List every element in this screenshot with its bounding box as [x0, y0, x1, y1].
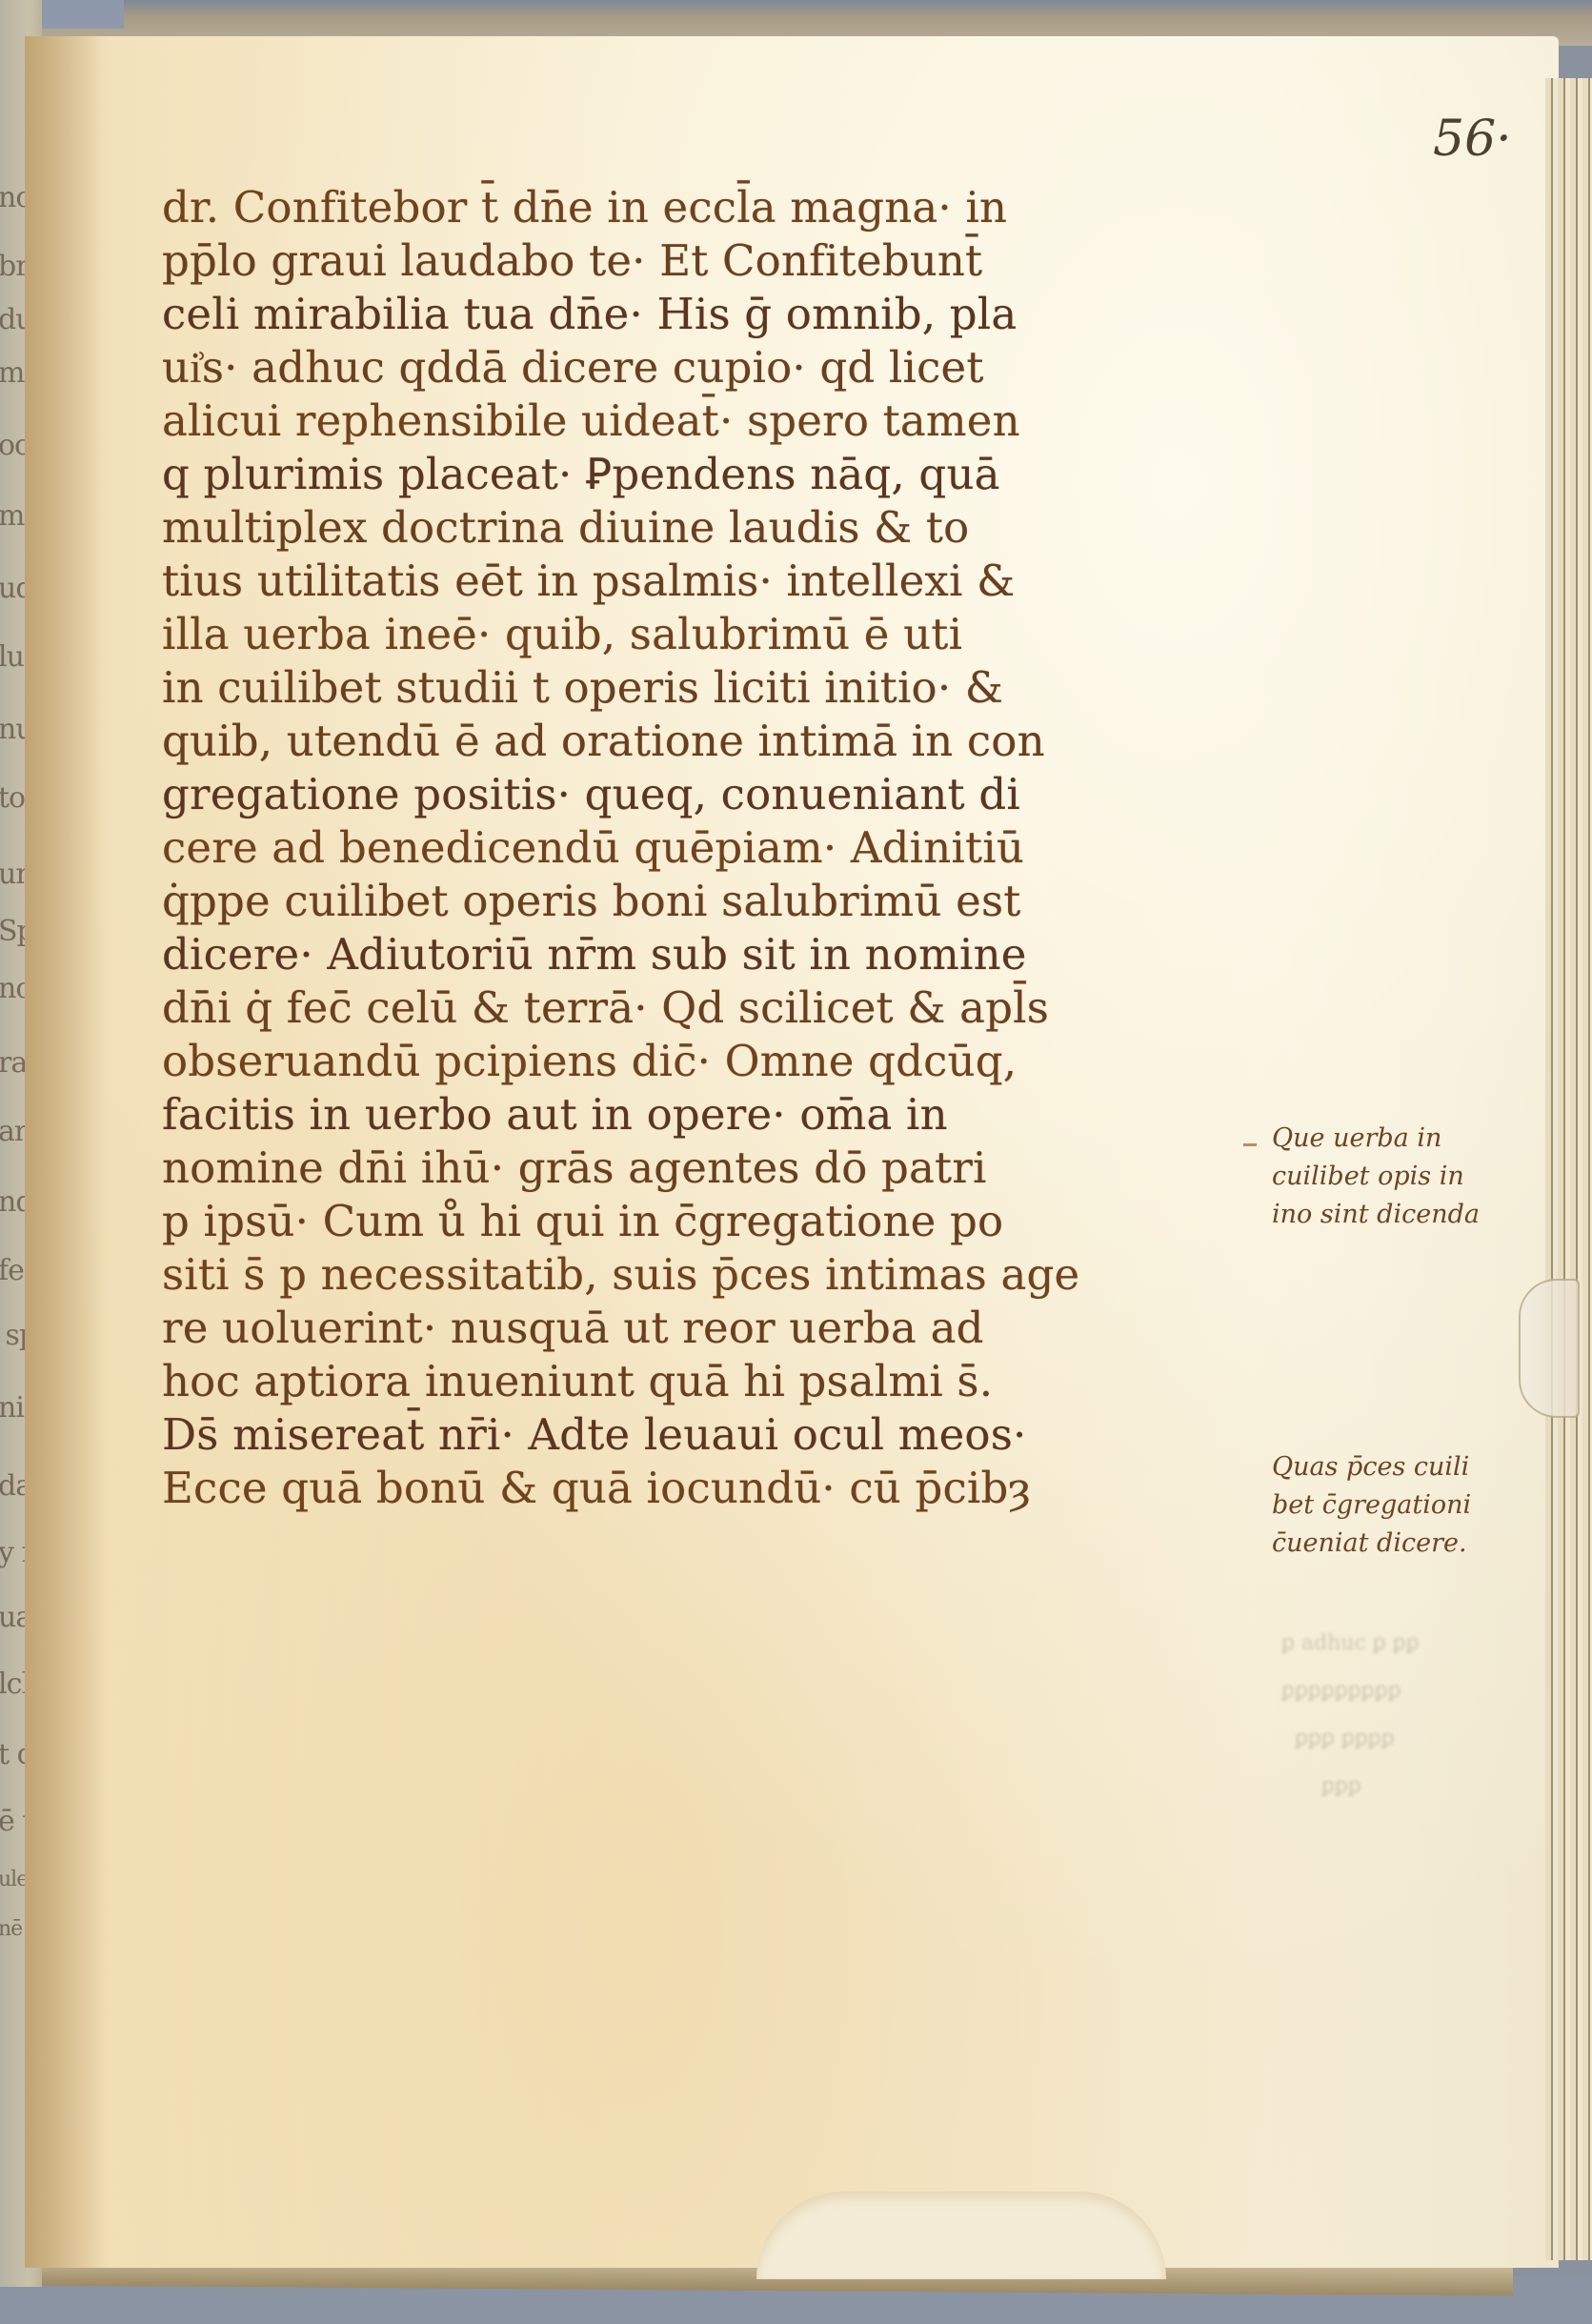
manuscript-scan: ncq bru du mo ocu mo. udo luq nu to d un… — [0, 0, 1592, 2324]
text-line: Ds̄ misereat̄ nr̄i· Adte leuaui ocul meo… — [162, 1408, 1239, 1462]
text-line: alicui rephensibile uideat̄· spero tamen — [162, 394, 1239, 448]
text-line: celi mirabilia tua dn̄e· His ḡ omnib, pl… — [162, 288, 1239, 341]
gutter-shadow — [25, 36, 111, 2268]
margin-note-line: Que uerba in — [1272, 1120, 1558, 1158]
text-line: p ipsū· Cum ů hi qui in c̄gregatione po — [162, 1195, 1239, 1248]
text-line: facitis in uerbo aut in opere· om̄a in — [162, 1088, 1239, 1142]
text-line: dicere· Adiutoriū nr̄m sub sit in nomine — [162, 928, 1239, 981]
text-line: dr. Confitebor t̄ dn̄e in eccl̄a magna· … — [162, 181, 1239, 234]
text-line: nomine dn̄i ihū· grās agentes dō patri — [162, 1142, 1239, 1195]
text-line: gregatione positis· queq, conueniant di — [162, 768, 1239, 821]
text-line: Ecce quā bonū & quā iocundū· cū p̄cibȝ — [162, 1462, 1239, 1515]
margin-note-line: c̄ueniat dicere. — [1272, 1525, 1558, 1563]
text-line: q plurimis placeat· Ꝑpendens nāq, quā — [162, 448, 1239, 501]
margin-note-2: Quas p̄ces cuili bet c̄gregationi c̄ueni… — [1272, 1448, 1558, 1563]
text-line: ui͗s· adhuc qddā dicere cupio· qd licet — [162, 341, 1239, 394]
margin-note-line: ino sint dicenda — [1272, 1196, 1558, 1234]
margin-note-line: bet c̄gregationi — [1272, 1486, 1558, 1525]
folio-number: 56· — [1433, 111, 1512, 168]
margin-note-line: Quas p̄ces cuili — [1272, 1448, 1558, 1486]
text-line: dn̄i q̇ fec̄ celū & terrā· Qd scilicet &… — [162, 981, 1239, 1035]
margin-note-1: Que uerba in cuilibet opis in ino sint d… — [1272, 1120, 1558, 1234]
text-line: tius utilitatis eēt in psalmis· intellex… — [162, 555, 1239, 608]
text-line: re uoluerint· nusquā ut reor uerba ad — [162, 1302, 1239, 1355]
page-tab-marker[interactable] — [1519, 1279, 1580, 1418]
text-line: quib, utendū ē ad oratione intimā in con — [162, 715, 1239, 768]
text-line: hoc aptiora inueniunt quā hi psalmi s̄. — [162, 1355, 1239, 1408]
text-line: multiplex doctrina diuine laudis & to — [162, 501, 1239, 555]
show-through-ghost-text: ꝑ adhuc ꝑ ꝑꝑ ꝑꝑꝑꝑꝑꝑꝑꝑꝑ ꝑꝑꝑ ꝑꝑꝑꝑ ꝑꝑꝑ — [1281, 1620, 1529, 1810]
text-line: in cuilibet studii t operis liciti initi… — [162, 661, 1239, 715]
text-line: siti s̄ p necessitatib, suis p̄ces intim… — [162, 1248, 1239, 1302]
text-line: cere ad benedicendū quēpiam· Adinitiū — [162, 821, 1239, 875]
text-line: illa uerba ineē· quib, salubrimū ē uti — [162, 608, 1239, 661]
text-line: pp̄lo graui laudabo te· Et Confitebunt̄ — [162, 234, 1239, 288]
text-line: obseruandū pcipiens dic̄· Omne qdcūq, — [162, 1035, 1239, 1088]
margin-note-line: cuilibet opis in — [1272, 1158, 1558, 1196]
parchment-repair-patch — [756, 2192, 1166, 2279]
text-line: q̇ppe cuilibet operis boni salubrimū est — [162, 875, 1239, 928]
reference-mark — [1243, 1143, 1257, 1146]
main-text-block: dr. Confitebor t̄ dn̄e in eccl̄a magna· … — [162, 181, 1239, 1515]
